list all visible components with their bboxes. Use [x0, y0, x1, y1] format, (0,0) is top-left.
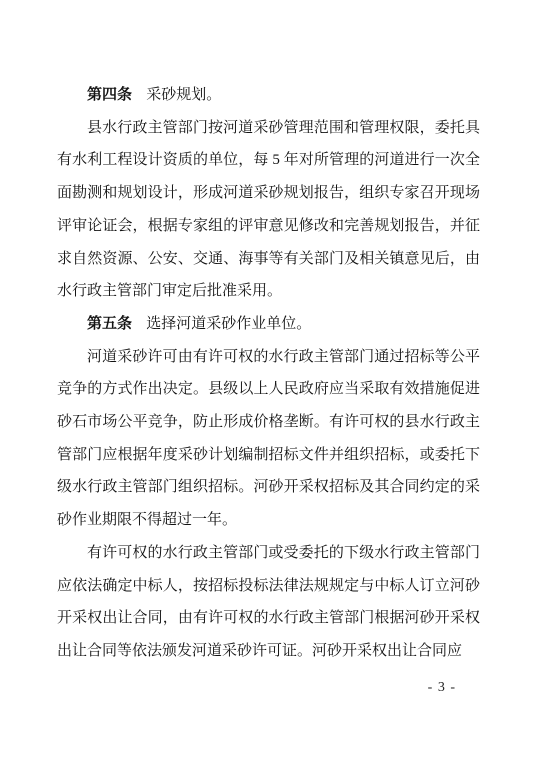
paragraph-text: 有许可权的水行政主管部门或受委托的下级水行政主管部门应依法确定中标人，按招标投标…	[57, 545, 480, 659]
article-heading-paragraph: 第四条采砂规划。	[57, 79, 480, 112]
body-paragraph: 有许可权的水行政主管部门或受委托的下级水行政主管部门应依法确定中标人，按招标投标…	[57, 537, 480, 668]
page-number: - 3 -	[428, 678, 456, 698]
document-body: 第四条采砂规划。县水行政主管部门按河道采砂管理范围和管理权限，委托具有水利工程设…	[57, 79, 480, 668]
document-page: 第四条采砂规划。县水行政主管部门按河道采砂管理范围和管理权限，委托具有水利工程设…	[0, 0, 544, 763]
article-number: 第五条	[87, 315, 132, 332]
body-paragraph: 河道采砂许可由有许可权的水行政主管部门通过招标等公平竞争的方式作出决定。县级以上…	[57, 341, 480, 537]
paragraph-text: 采砂规划。	[146, 87, 221, 103]
paragraph-text: 选择河道采砂作业单位。	[146, 316, 311, 332]
paragraph-text: 河道采砂许可由有许可权的水行政主管部门通过招标等公平竞争的方式作出决定。县级以上…	[57, 349, 480, 529]
paragraph-text: 县水行政主管部门按河道采砂管理范围和管理权限，委托具有水利工程设计资质的单位，每…	[57, 120, 480, 300]
article-number: 第四条	[87, 86, 132, 103]
article-heading-paragraph: 第五条选择河道采砂作业单位。	[57, 308, 480, 341]
body-paragraph: 县水行政主管部门按河道采砂管理范围和管理权限，委托具有水利工程设计资质的单位，每…	[57, 112, 480, 308]
